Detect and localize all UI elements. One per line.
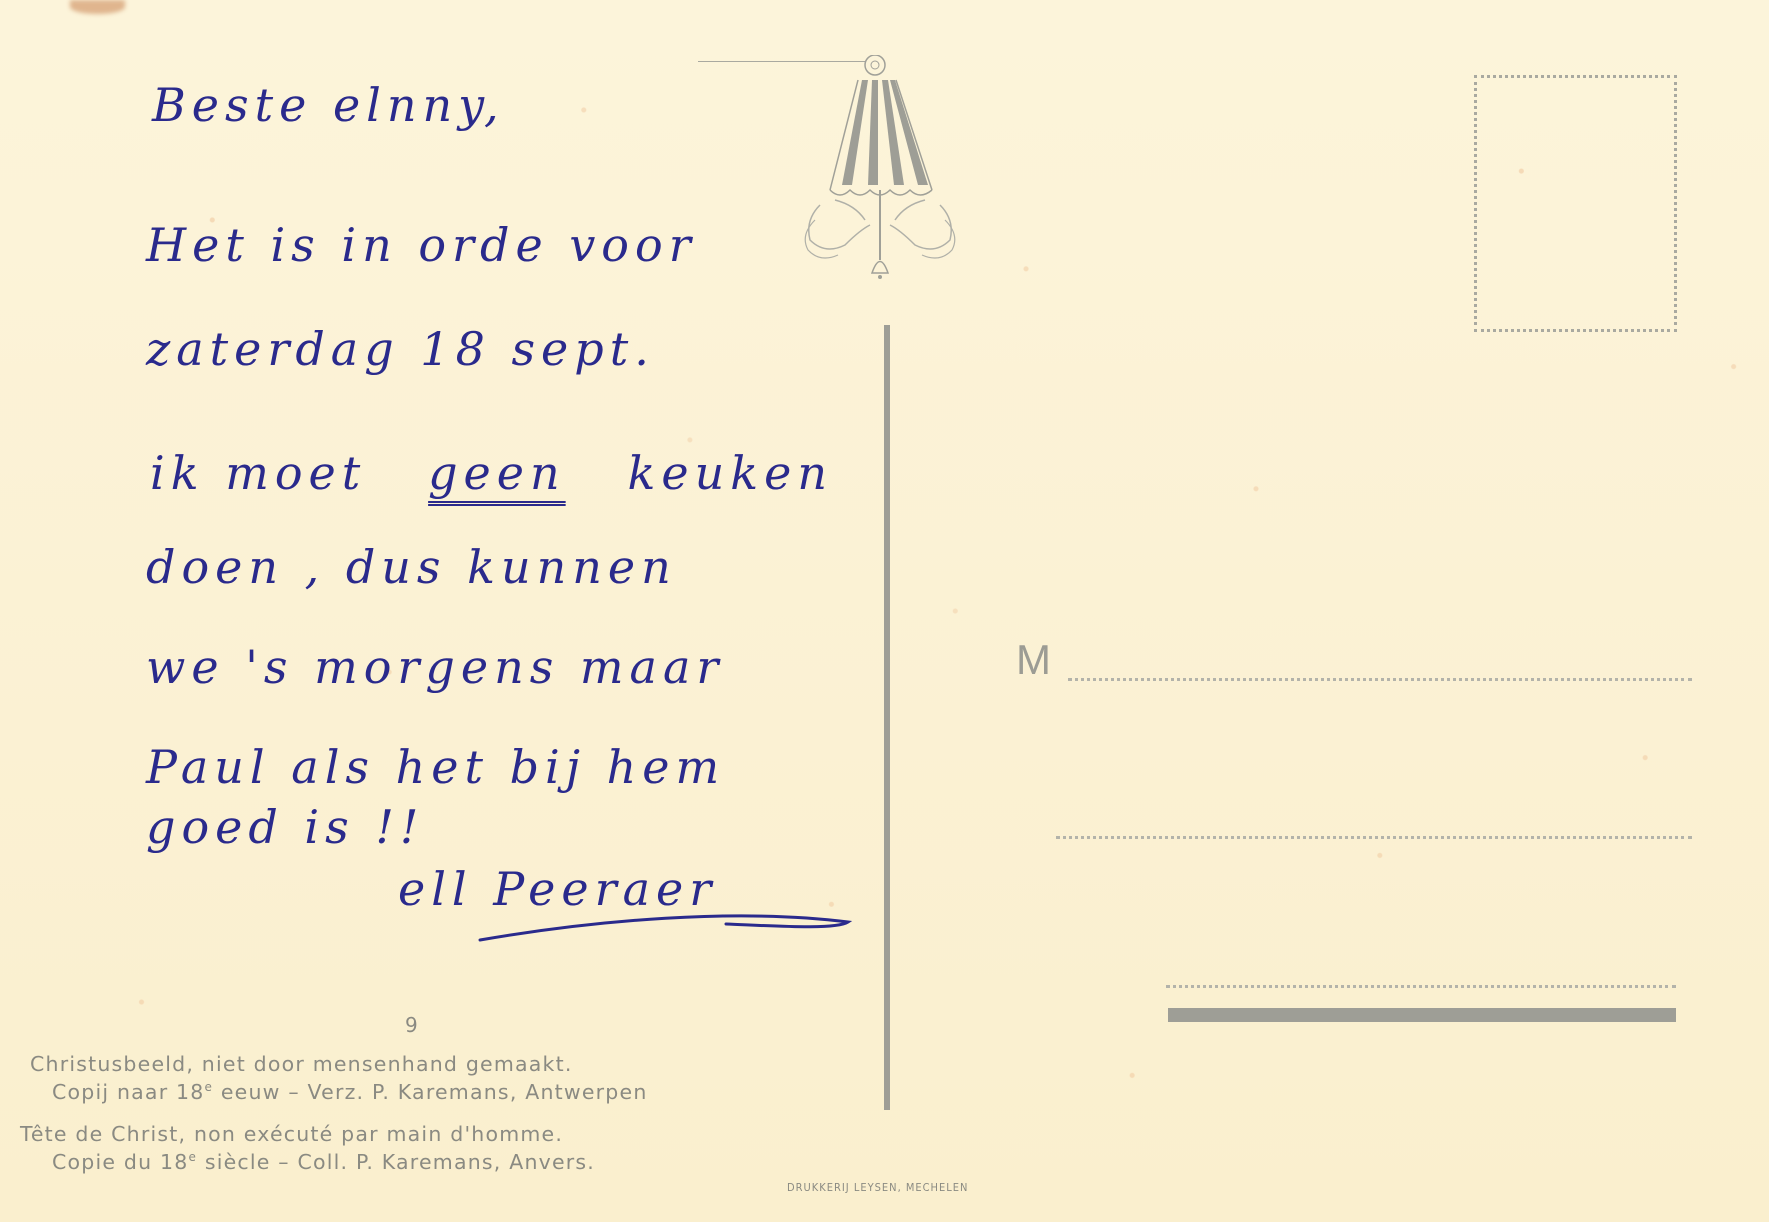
message-line-2: zaterdag 18 sept. (146, 322, 655, 376)
address-prefix: M (1016, 636, 1051, 684)
printer-credit: DRUKKERIJ LEYSEN, MECHELEN (787, 1181, 968, 1194)
message-line-6: Paul als het bij hem (146, 740, 725, 794)
message-line-3: ik moet geen keuken (150, 446, 833, 500)
message-line-4: doen , dus kunnen (146, 540, 677, 594)
caption-nl-detail: Copij naar 18e eeuw – Verz. P. Karemans,… (52, 1080, 648, 1104)
greeting: Beste elnny, (152, 78, 505, 132)
caption-fr-title: Tête de Christ, non exécuté par main d'h… (20, 1122, 563, 1146)
postcard-back: Beste elnny, Het is in orde voor zaterda… (0, 0, 1769, 1222)
caption-nl-detail-pre: Copij naar 18 (52, 1080, 205, 1104)
address-line-2 (1056, 836, 1692, 839)
message-line-3-text: ik moet (150, 446, 366, 500)
address-line-3 (1166, 985, 1676, 988)
address-line-4-bar (1168, 1008, 1676, 1022)
center-divider (884, 325, 890, 1110)
ombrellino-emblem-icon (800, 55, 990, 295)
signature-underline-icon (476, 900, 856, 950)
message-line-3-end: keuken (628, 446, 833, 500)
paper-stain (70, 0, 125, 14)
caption-fr-detail-post: siècle – Coll. P. Karemans, Anvers. (197, 1150, 595, 1174)
message-line-7: goed is !! (146, 800, 424, 854)
caption-nl-sup: e (205, 1080, 214, 1094)
address-line-1 (1068, 678, 1692, 681)
caption-fr-detail: Copie du 18e siècle – Coll. P. Karemans,… (52, 1150, 595, 1174)
underlined-word: geen (428, 446, 566, 500)
message-line-5: we 's morgens maar (146, 640, 724, 694)
caption-nl-detail-post: eeuw – Verz. P. Karemans, Antwerpen (213, 1080, 647, 1104)
caption-fr-detail-pre: Copie du 18 (52, 1150, 189, 1174)
caption-nl-title: Christusbeeld, niet door mensenhand gema… (30, 1052, 573, 1076)
stamp-box (1474, 75, 1677, 332)
card-number: 9 (405, 1013, 418, 1037)
caption-fr-sup: e (189, 1150, 198, 1164)
message-line-1: Het is in orde voor (146, 218, 697, 272)
